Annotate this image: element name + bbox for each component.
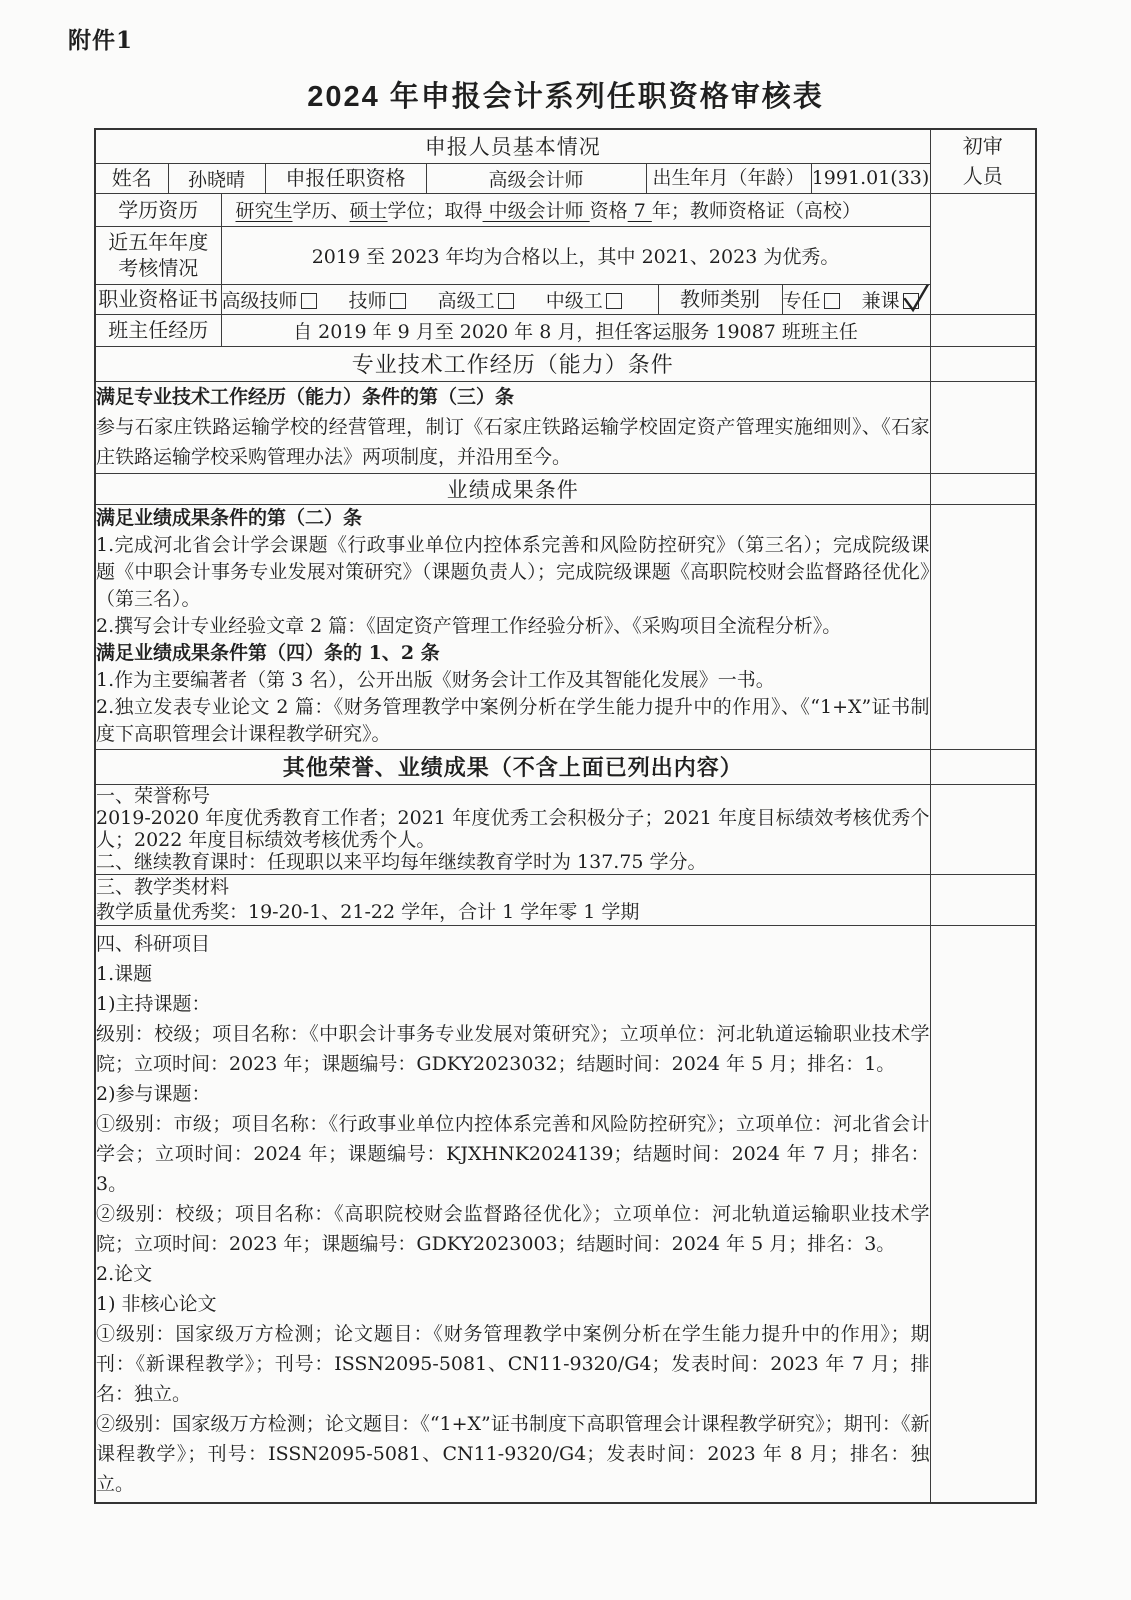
- achievement-items-4: 1.作为主要编著者（第 3 名），公开出版《财务会计工作及其智能化发展》一书。 …: [96, 667, 930, 748]
- teaching-materials-content: 三、教学类材料 教学质量优秀奖：19-20-1、21-22 学年，合计 1 学年…: [95, 874, 930, 925]
- reviewer-cell: [930, 749, 1036, 784]
- assessment-value: 2019 至 2023 年均为合格以上，其中 2021、2023 为优秀。: [221, 226, 930, 284]
- qualification-review-table: 申报人员基本情况 初审 人员 姓名 孙晓晴 申报任职资格 高级会计师 出生年月（…: [94, 128, 1037, 1504]
- option-technician: 技师: [349, 290, 406, 312]
- head-teacher-value: 自 2019 年 9 月至 2020 年 8 月，担任客运服务 19087 班班…: [221, 314, 930, 346]
- name-value: 孙晓晴: [168, 163, 265, 193]
- achievement-items-2: 1.完成河北省会计学会课题《行政事业单位内控体系完善和风险防控研究》（第三名）；…: [96, 532, 930, 640]
- section-achievements: 业绩成果条件: [95, 473, 930, 504]
- education-seg: 学历、: [293, 200, 350, 222]
- vocational-cert-options: 高级技师 技师 高级工 中级工: [221, 284, 658, 314]
- option-label: 专任: [783, 290, 821, 312]
- reviewer-cell: [930, 314, 1036, 346]
- option-intermediate-worker: 中级工: [546, 290, 622, 312]
- option-label: 高级技师: [222, 290, 298, 312]
- reviewer-cell: [930, 504, 1036, 749]
- section-basic-info: 申报人员基本情况: [95, 129, 930, 163]
- birth-label: 出生年月（年龄）: [646, 163, 811, 193]
- reviewer-cell: [930, 874, 1036, 925]
- section-tech-experience: 专业技术工作经历（能力）条件: [95, 346, 930, 381]
- education-seg: 年；教师资格证（高校）: [652, 200, 861, 222]
- education-seg: 研究生: [236, 200, 293, 222]
- achievement-heading-2: 满足业绩成果条件的第（二）条: [96, 505, 930, 532]
- checkbox-senior-technician[interactable]: [301, 293, 317, 309]
- scanned-form-page: 附件1 2024 年申报会计系列任职资格审核表 申报人员基本情况 初审 人员 姓…: [0, 0, 1131, 1600]
- reviewer-cell: [930, 193, 1036, 314]
- option-label: 中级工: [546, 290, 603, 312]
- head-teacher-label: 班主任经历: [95, 314, 221, 346]
- section-other-honors: 其他荣誉、业绩成果（不含上面已列出内容）: [95, 749, 930, 784]
- option-senior-worker: 高级工: [438, 290, 514, 312]
- birth-value: 1991.01(33): [811, 163, 930, 193]
- tech-experience-content: 满足专业技术工作经历（能力）条件的第（三）条 参与石家庄铁路运输学校的经营管理，…: [95, 381, 930, 473]
- achievements-content: 满足业绩成果条件的第（二）条 1.完成河北省会计学会课题《行政事业单位内控体系完…: [95, 504, 930, 749]
- education-seg: 中级会计师: [483, 200, 590, 222]
- option-label: 兼课: [862, 290, 900, 312]
- apply-qualification-label: 申报任职资格: [265, 163, 426, 193]
- achievement-heading-4: 满足业绩成果条件第（四）条的 1、2 条: [96, 640, 930, 667]
- checkbox-senior-worker[interactable]: [498, 293, 514, 309]
- checkmark-icon: [901, 284, 930, 313]
- tech-condition-heading: 满足专业技术工作经历（能力）条件的第（三）条: [96, 382, 930, 412]
- education-value: 研究生学历、硕士学位；取得 中级会计师 资格 7 年；教师资格证（高校）: [221, 193, 930, 226]
- form-title: 2024 年申报会计系列任职资格审核表: [0, 74, 1131, 115]
- honors-content: 一、荣誉称号 2019-2020 年度优秀教育工作者；2021 年度优秀工会积极…: [95, 784, 930, 874]
- reviewer-cell: [930, 784, 1036, 874]
- option-label: 技师: [349, 290, 387, 312]
- option-label: 高级工: [438, 290, 495, 312]
- option-parttime: 兼课: [862, 290, 919, 312]
- assessment-label: 近五年年度 考核情况: [95, 226, 221, 284]
- reviewer-cell: [930, 381, 1036, 473]
- attachment-label: 附件1: [68, 22, 133, 55]
- research-projects-content: 四、科研项目 1.课题 1)主持课题： 级别：校级；项目名称：《中职会计事务专业…: [95, 925, 930, 1503]
- education-label: 学历资历: [95, 193, 221, 226]
- education-seg: 硕士: [350, 200, 388, 222]
- option-fulltime: 专任: [783, 290, 840, 312]
- reviewer-cell: [930, 473, 1036, 504]
- education-seg: 学位；取得: [388, 200, 483, 222]
- teacher-type-options: 专任 兼课: [782, 284, 930, 314]
- education-seg: 7: [628, 200, 652, 222]
- option-senior-technician: 高级技师: [222, 290, 317, 312]
- teacher-type-label: 教师类别: [658, 284, 782, 314]
- reviewer-column-header: 初审 人员: [930, 129, 1036, 193]
- checkbox-parttime-checked[interactable]: [903, 293, 919, 309]
- apply-qualification-value: 高级会计师: [426, 163, 646, 193]
- checkbox-intermediate-worker[interactable]: [606, 293, 622, 309]
- checkbox-fulltime[interactable]: [824, 293, 840, 309]
- tech-condition-body: 参与石家庄铁路运输学校的经营管理，制订《石家庄铁路运输学校固定资产管理实施细则》…: [96, 412, 930, 472]
- reviewer-cell: [930, 925, 1036, 1503]
- education-seg: 资格: [590, 200, 628, 222]
- checkbox-technician[interactable]: [390, 293, 406, 309]
- vocational-cert-label: 职业资格证书: [95, 284, 221, 314]
- reviewer-cell: [930, 346, 1036, 381]
- name-label: 姓名: [95, 163, 168, 193]
